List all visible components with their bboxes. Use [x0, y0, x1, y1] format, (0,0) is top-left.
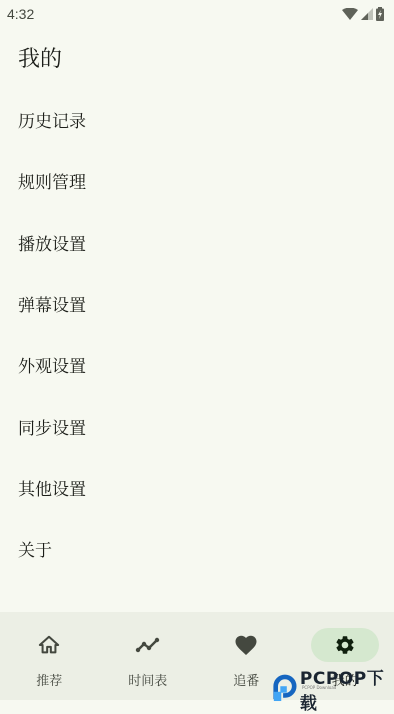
status-bar: 4:32	[0, 0, 394, 28]
nav-label: 时间表	[128, 670, 167, 689]
settings-menu: 历史记录 规则管理 播放设置 弹幕设置 外观设置 同步设置 其他设置 关于	[0, 89, 394, 579]
heart-icon	[234, 634, 258, 656]
pcpop-logo-icon	[272, 674, 298, 700]
timeline-icon	[135, 634, 161, 656]
watermark-text: PCPOP下载	[300, 664, 394, 700]
nav-icon-container	[114, 628, 182, 662]
menu-item-sync-settings[interactable]: 同步设置	[0, 395, 394, 456]
nav-tab-recommend[interactable]: 推荐	[0, 612, 99, 700]
battery-charging-icon	[376, 7, 384, 21]
menu-item-playback-settings[interactable]: 播放设置	[0, 212, 394, 273]
menu-item-about[interactable]: 关于	[0, 518, 394, 579]
menu-item-other-settings[interactable]: 其他设置	[0, 457, 394, 518]
cell-signal-icon	[361, 8, 373, 20]
status-icons	[342, 7, 384, 21]
page-title: 我的	[18, 42, 62, 73]
nav-label: 推荐	[36, 670, 62, 689]
status-time: 4:32	[7, 6, 34, 22]
nav-icon-container	[212, 628, 280, 662]
nav-label: 追番	[233, 670, 259, 689]
menu-item-appearance-settings[interactable]: 外观设置	[0, 334, 394, 395]
nav-icon-container	[15, 628, 83, 662]
home-icon	[38, 634, 60, 656]
watermark-subtext: PCPOP Download	[302, 685, 336, 690]
gear-icon	[334, 634, 356, 656]
menu-item-danmaku-settings[interactable]: 弹幕设置	[0, 273, 394, 334]
wifi-icon	[342, 8, 358, 20]
watermark: PCPOP下载 PCPOP Download	[272, 664, 394, 700]
menu-item-history[interactable]: 历史记录	[0, 89, 394, 150]
nav-icon-container-active	[311, 628, 379, 662]
menu-item-rules[interactable]: 规则管理	[0, 150, 394, 211]
nav-tab-schedule[interactable]: 时间表	[99, 612, 198, 700]
